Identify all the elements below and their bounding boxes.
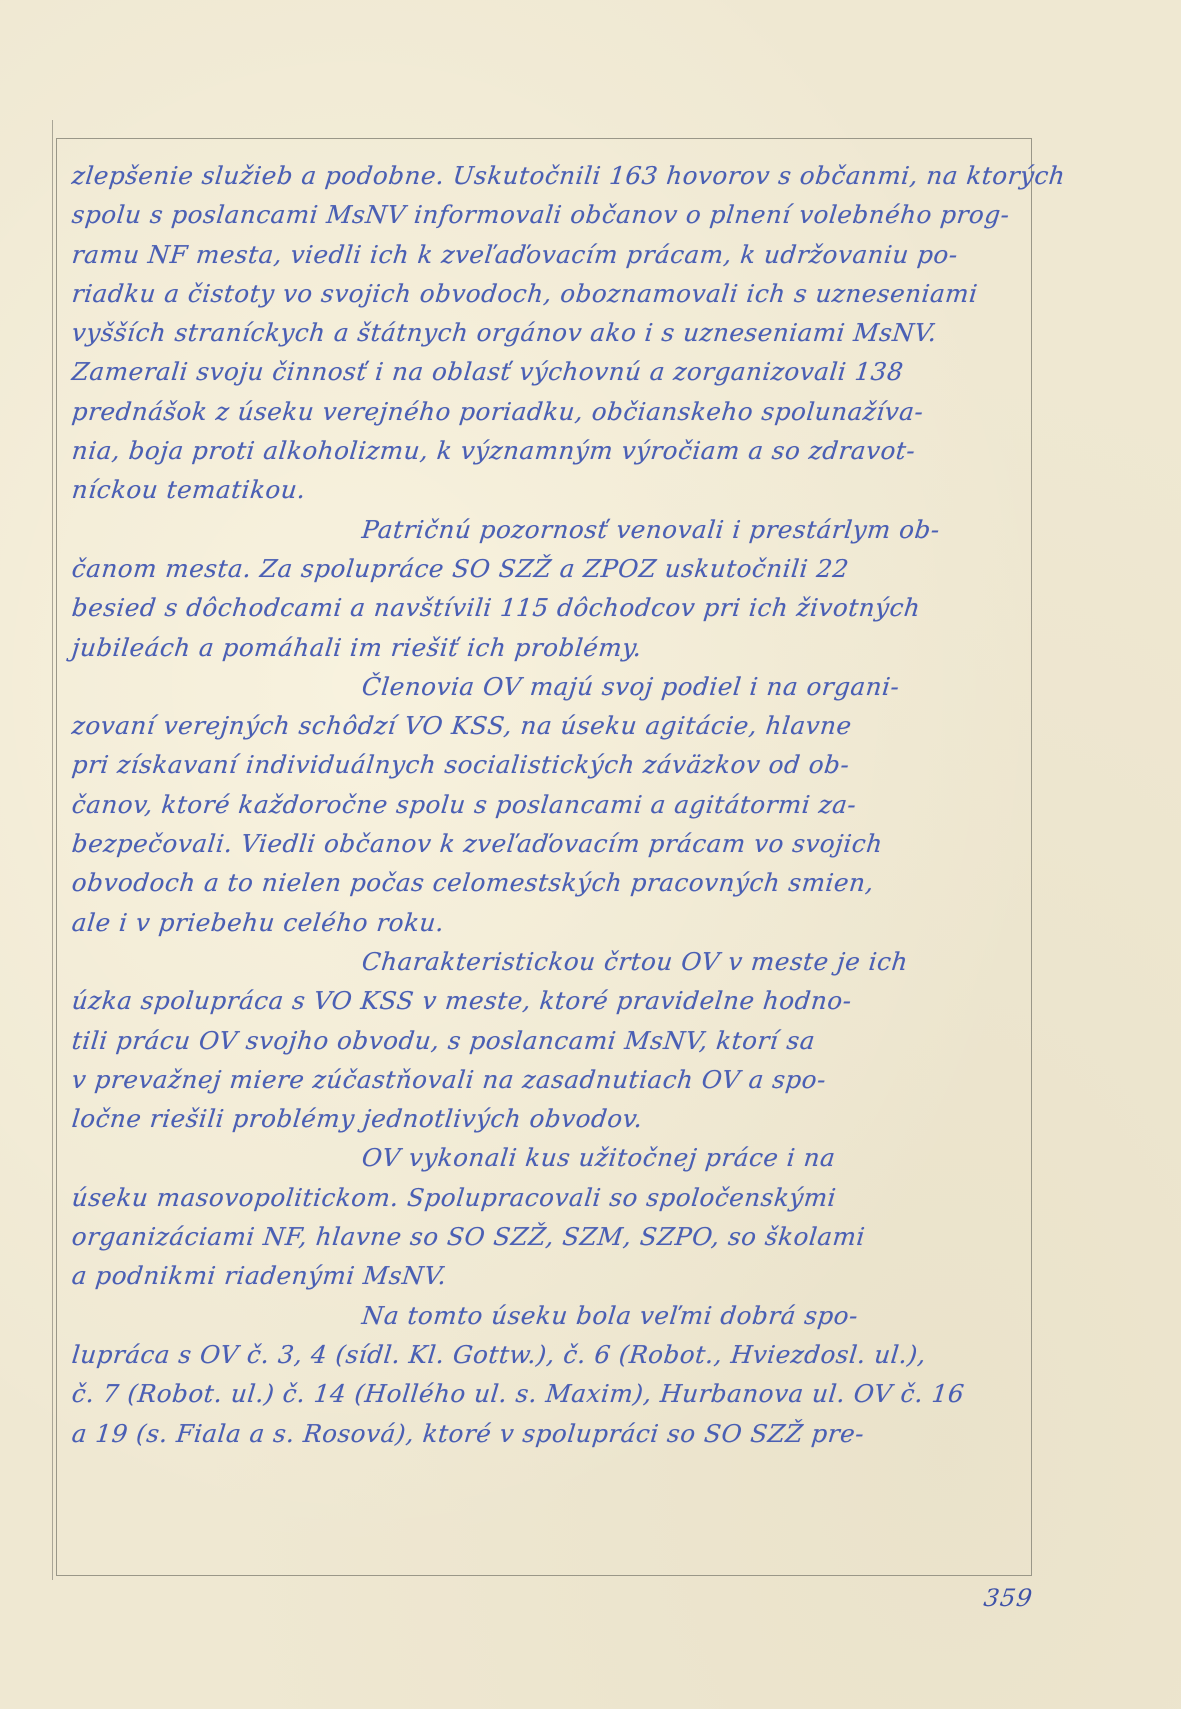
paragraph-start-line: Charakteristickou črtou OV v meste je ic… [70, 942, 1034, 981]
paragraph-start-line: OV vykonali kus užitočnej práce i na [70, 1138, 1034, 1177]
text-line: č. 7 (Robot. ul.) č. 14 (Hollého ul. s. … [70, 1374, 1034, 1413]
text-line: a 19 (s. Fiala a s. Rosová), ktoré v spo… [70, 1414, 1034, 1453]
text-line: riadku a čistoty vo svojich obvodoch, ob… [70, 274, 1034, 313]
text-line: nia, boja proti alkoholizmu, k významným… [70, 431, 1034, 470]
paragraph-start-line: Patričnú pozornosť venovali i prestárlym… [70, 510, 1034, 549]
text-line: úseku masovopolitickom. Spolupracovali s… [70, 1178, 1034, 1217]
text-line: ločne riešili problémy jednotlivých obvo… [70, 1099, 1034, 1138]
text-line: Zamerali svoju činnosť i na oblasť výcho… [70, 352, 1034, 391]
text-line: vyšších straníckych a štátnych orgánov a… [70, 313, 1034, 352]
text-line: prednášok z úseku verejného poriadku, ob… [70, 392, 1034, 431]
text-line: ale i v priebehu celého roku. [70, 903, 1034, 942]
text-line: besied s dôchodcami a navštívili 115 dôc… [70, 588, 1034, 627]
text-line: pri získavaní individuálnych socialistic… [70, 745, 1034, 784]
handwritten-text-block: zlepšenie služieb a podobne. Uskutočnili… [70, 156, 1030, 1453]
page-number: 359 [982, 1584, 1035, 1612]
text-line: tili prácu OV svojho obvodu, s poslancam… [70, 1021, 1034, 1060]
paragraph-start-line: Členovia OV majú svoj podiel i na organi… [70, 667, 1034, 706]
text-line: v prevažnej miere zúčastňovali na zasadn… [70, 1060, 1034, 1099]
text-line: zovaní verejných schôdzí VO KSS, na úsek… [70, 706, 1034, 745]
text-line: bezpečovali. Viedli občanov k zveľaďovac… [70, 824, 1034, 863]
margin-rule [52, 120, 53, 1580]
text-line: organizáciami NF, hlavne so SO SZŽ, SZM,… [70, 1217, 1034, 1256]
text-line: obvodoch a to nielen počas celomestských… [70, 863, 1034, 902]
text-line: zlepšenie služieb a podobne. Uskutočnili… [70, 156, 1034, 195]
text-line: úzka spolupráca s VO KSS v meste, ktoré … [70, 981, 1034, 1020]
text-line: lupráca s OV č. 3, 4 (sídl. Kl. Gottw.),… [70, 1335, 1034, 1374]
text-line: čanov, ktoré každoročne spolu s poslanca… [70, 785, 1034, 824]
text-line: jubileách a pomáhali im riešiť ich probl… [70, 628, 1034, 667]
text-line: spolu s poslancami MsNV informovali obča… [70, 195, 1034, 234]
text-line: čanom mesta. Za spolupráce SO SZŽ a ZPOZ… [70, 549, 1034, 588]
text-line: ramu NF mesta, viedli ich k zveľaďovacím… [70, 235, 1034, 274]
text-line: níckou tematikou. [70, 470, 1034, 509]
text-line: a podnikmi riadenými MsNV. [70, 1256, 1034, 1295]
paragraph-start-line: Na tomto úseku bola veľmi dobrá spo- [70, 1296, 1034, 1335]
